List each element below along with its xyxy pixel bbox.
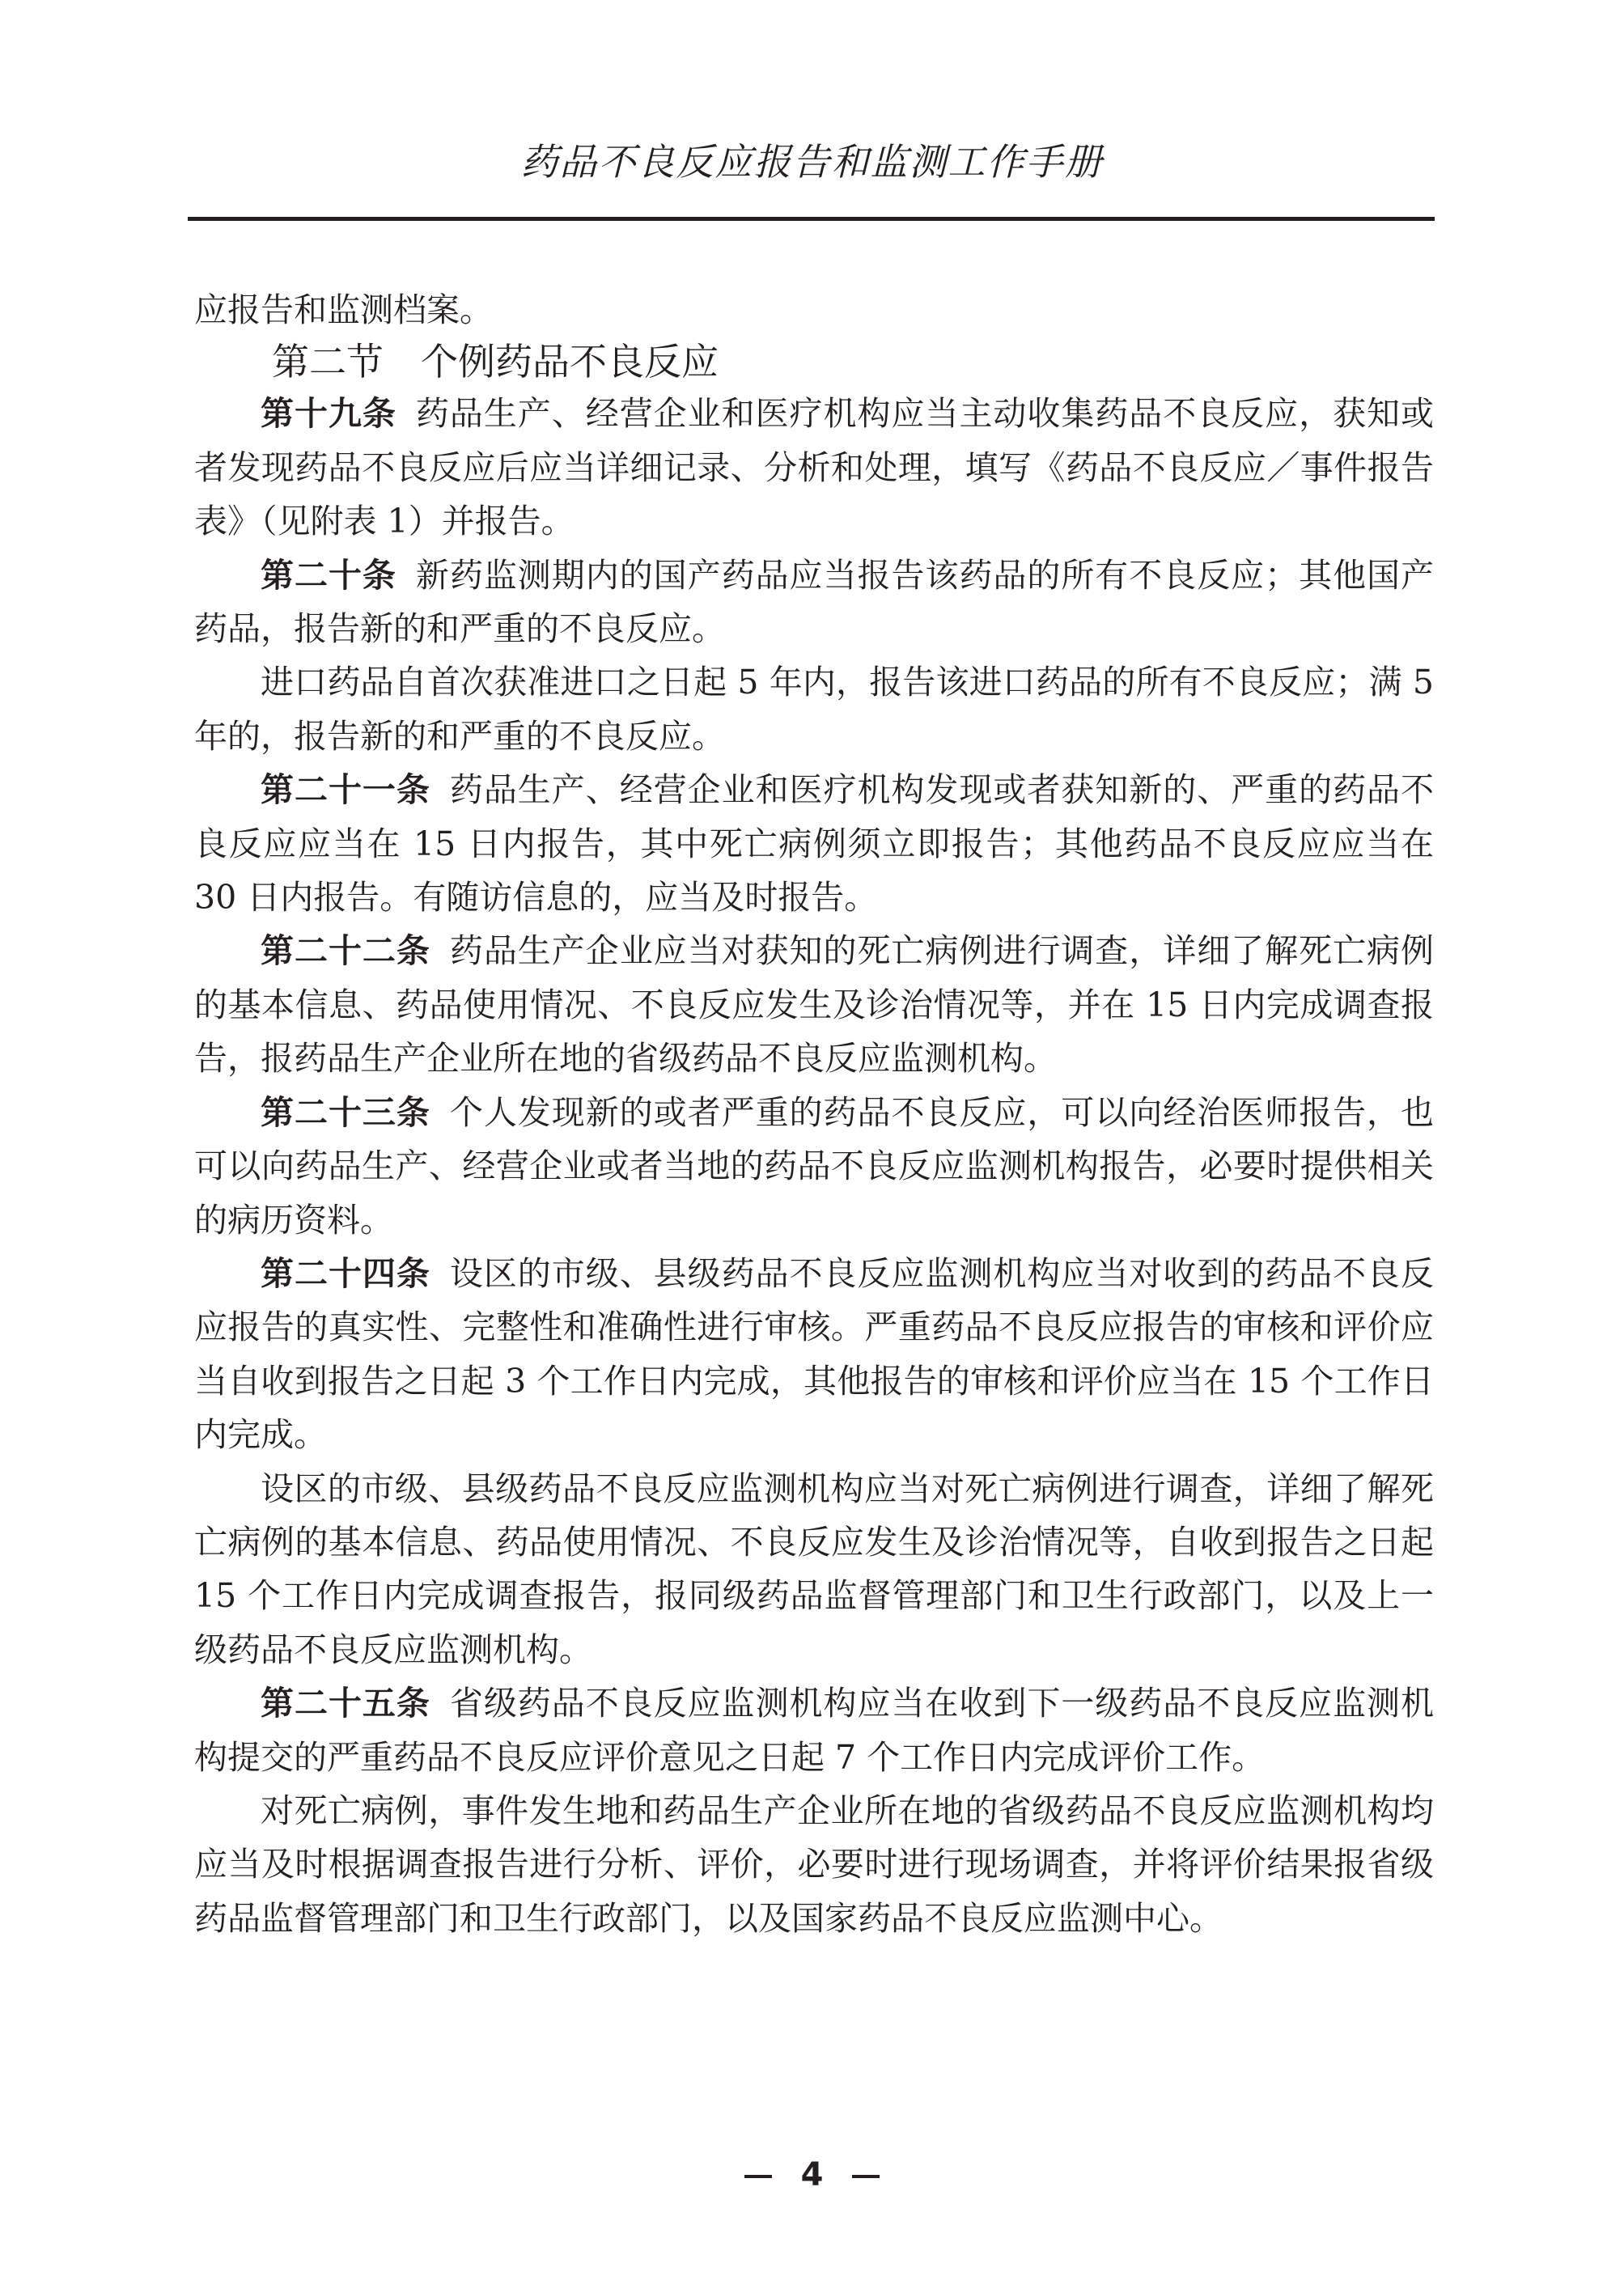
paragraph-text: 设区的市级、县级药品不良反应监测机构应当对死亡病例进行调查，详细了解死亡病例的基… (194, 1469, 1434, 1669)
continuation-paragraph: 应报告和监测档案。 (194, 283, 1434, 337)
document-body: 应报告和监测档案。 第二节个例药品不良反应 第十九条药品生产、经营企业和医疗机构… (194, 283, 1434, 1945)
article-label: 第二十五条 (261, 1684, 430, 1723)
page-number-footer: 4 (0, 2151, 1624, 2199)
article-21-paragraph: 第二十一条药品生产、经营企业和医疗机构发现或者获知新的、严重的药品不良反应应当在… (194, 763, 1434, 924)
section-title: 个例药品不良反应 (421, 340, 719, 384)
section-heading: 第二节个例药品不良反应 (194, 337, 1434, 387)
article-19-paragraph: 第十九条药品生产、经营企业和医疗机构应当主动收集药品不良反应，获知或者发现药品不… (194, 387, 1434, 548)
running-header-title: 药品不良反应报告和监测工作手册 (0, 136, 1624, 188)
article-25-continued-paragraph: 对死亡病例，事件发生地和药品生产企业所在地的省级药品不良反应监测机构均应当及时根… (194, 1784, 1434, 1945)
article-20-paragraph: 第二十条新药监测期内的国产药品应当报告该药品的所有不良反应；其他国产药品，报告新… (194, 549, 1434, 656)
article-25-paragraph: 第二十五条省级药品不良反应监测机构应当在收到下一级药品不良反应监测机构提交的严重… (194, 1676, 1434, 1784)
dash-right-decoration (852, 2175, 880, 2178)
article-label: 第十九条 (261, 394, 396, 433)
article-20-continued-paragraph: 进口药品自首次获准进口之日起 5 年内，报告该进口药品的所有不良反应；满 5 年… (194, 655, 1434, 763)
article-22-paragraph: 第二十二条药品生产企业应当对获知的死亡病例进行调查，详细了解死亡病例的基本信息、… (194, 924, 1434, 1085)
article-label: 第二十条 (261, 556, 396, 595)
header-rule-divider (188, 217, 1435, 221)
dash-left-decoration (744, 2175, 772, 2178)
article-23-paragraph: 第二十三条个人发现新的或者严重的药品不良反应，可以向经治医师报告，也可以向药品生… (194, 1086, 1434, 1247)
article-label: 第二十三条 (261, 1093, 430, 1132)
section-number: 第二节 (272, 340, 384, 384)
article-label: 第二十二条 (261, 931, 430, 970)
article-24-continued-paragraph: 设区的市级、县级药品不良反应监测机构应当对死亡病例进行调查，详细了解死亡病例的基… (194, 1462, 1434, 1677)
article-label: 第二十四条 (261, 1254, 430, 1293)
paragraph-text: 进口药品自首次获准进口之日起 5 年内，报告该进口药品的所有不良反应；满 5 年… (194, 663, 1434, 755)
paragraph-text: 对死亡病例，事件发生地和药品生产企业所在地的省级药品不良反应监测机构均应当及时根… (194, 1791, 1434, 1938)
article-24-paragraph: 第二十四条设区的市级、县级药品不良反应监测机构应当对收到的药品不良反应报告的真实… (194, 1247, 1434, 1462)
page-number: 4 (801, 2156, 824, 2193)
article-label: 第二十一条 (261, 770, 430, 809)
